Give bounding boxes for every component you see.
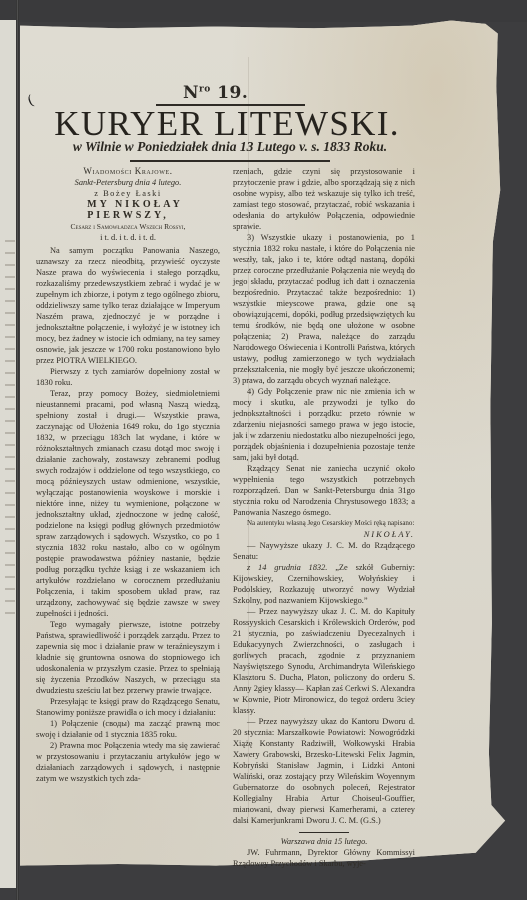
paragraph: Teraz, przy pomocy Bożey, siedmioletniem… <box>36 388 220 619</box>
place-date: Sankt-Petersburg dnia 4 lutego. <box>36 177 220 188</box>
section-rule <box>299 832 349 833</box>
binding-spine <box>16 0 19 900</box>
by-grace: z Bożey Łaski <box>36 188 220 199</box>
ukaz-date: z 14 grudnia 1832. <box>247 563 327 572</box>
signature-note: Na autentyku własną Jego Cesarskiey Mośc… <box>233 518 415 529</box>
ukaz-entry: z 14 grudnia 1832. „Ze szkół Guberniy: K… <box>233 562 415 606</box>
warsaw-dateline: Warszawa dnia 15 lutego. <box>233 836 415 847</box>
paragraph: rzeniach, gdzie czyni się przystosowanie… <box>233 166 415 232</box>
paragraph: 1) Połączenie (своды) ma zacząć prawną m… <box>36 718 220 740</box>
dateline-rule <box>130 160 330 162</box>
issue-number: Nro 19. <box>183 83 248 103</box>
paragraph: — Przez naywyższy ukaz do Kantoru Dworu … <box>233 716 415 826</box>
paragraph: Na samym początku Panowania Naszego, uzn… <box>36 245 220 366</box>
paragraph: Pierwszy z tych zamiarów dopełniony zost… <box>36 366 220 388</box>
etc-line: i t. d. i t. d. i t. d. <box>36 232 220 243</box>
masthead-title: KURYER LITEWSKI. <box>34 104 420 144</box>
previous-page-edge <box>0 20 16 888</box>
paragraph: JW. Fuhrmann, Dyrektor Główny Kommissyi … <box>233 847 415 869</box>
imperial-titles: Cesarz i Samowładzca Wszech Rossyi, <box>36 221 220 232</box>
dateline: w Wilnie w Poniedziałek dnia 13 Lutego v… <box>40 139 420 155</box>
section-heading: Wiadomości Krajowe. <box>36 166 220 177</box>
right-column: rzeniach, gdzie czyni się przystosowanie… <box>233 166 415 869</box>
paragraph: — Przez naywyższy ukaz J. C. M. do Kapit… <box>233 606 415 716</box>
paragraph: 3) Wszystkie ukazy i postanowienia, po 1… <box>233 232 415 386</box>
ukazy-heading: — Naywyższe ukazy J. C. M. do Rządzącego… <box>233 540 415 562</box>
scanner-backdrop <box>0 0 527 22</box>
left-column: Wiadomości Krajowe. Sankt-Petersburg dni… <box>36 166 220 784</box>
signature: NIKOŁAY. <box>233 529 415 540</box>
paragraph: Tego wymagały pierwsze, istotne potrzeby… <box>36 619 220 696</box>
paragraph: Przesyłając te księgi praw do Rządzącego… <box>36 696 220 718</box>
decree-title: MY NIKOŁAY PIERWSZY, <box>36 199 220 221</box>
paragraph: Rządzący Senat nie zaniecha uczynić okoł… <box>233 463 415 518</box>
paragraph: 4) Gdy Połączenie praw nic nie zmienia i… <box>233 386 415 463</box>
paragraph: 2) Prawna moc Połączenia wtedy ma się za… <box>36 740 220 784</box>
